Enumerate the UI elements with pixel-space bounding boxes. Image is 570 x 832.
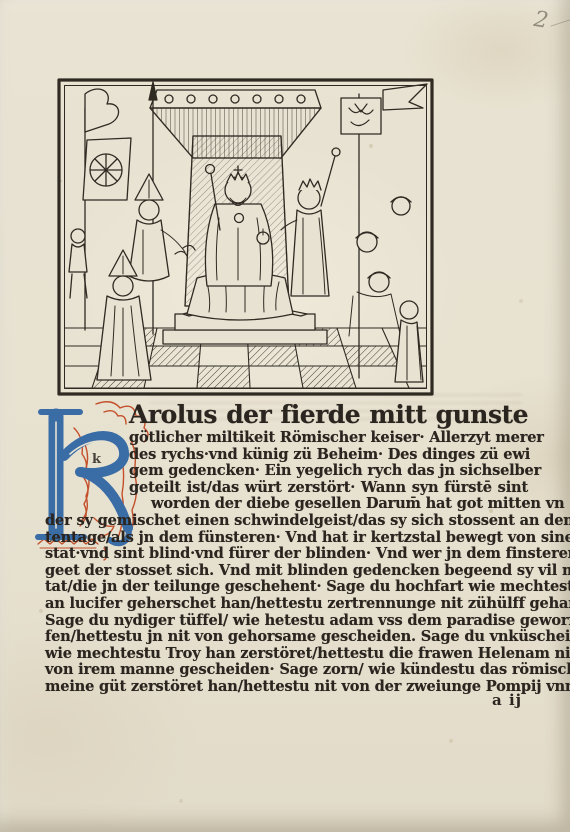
text-line: tat/die jn der teilunge geschehent· Sage… [45, 579, 528, 596]
text-line: wie mechtestu Troy han zerstöret/hettest… [45, 646, 528, 663]
text-line: worden der diebe gesellen Darum̄ hat got… [45, 496, 528, 513]
pencil-folio-number: 2 [532, 7, 550, 34]
text-line: der sy gemischet einen schwindelgeist/da… [45, 513, 528, 530]
pennant-flag [383, 84, 427, 110]
text-line: tentage/als jn dem fünsteren· Vnd hat ir… [45, 530, 528, 547]
bishop-with-mitre [129, 174, 195, 281]
text-line: an lucifer geherschet han/hettestu zertr… [45, 596, 528, 613]
text-line: von irem manne gescheiden· Sage zorn/ wi… [45, 662, 528, 679]
text-line: geet der stosset sich. Vnd mit blinden g… [45, 563, 528, 580]
text-line: Sage du nydiger tüffel/ wie hetestu adam… [45, 613, 528, 630]
woodcut-illustration [57, 78, 434, 396]
signature-mark: a ij [492, 691, 522, 709]
pencil-stroke [550, 18, 570, 26]
text-line: fen/hettestu jn nit von gehorsame gesche… [45, 629, 528, 646]
text-line: des rychs·vnd künig zü Beheim· Des dinge… [45, 447, 528, 464]
text-line: meine güt zerstöret han/hettestu nit von… [45, 679, 528, 696]
text-block: Arolus der fierde mitt gunste götlicher … [45, 400, 528, 696]
text-line: gem gedencken· Ein yegelich rych das jn … [45, 463, 528, 480]
text-line: götlicher miltikeit Römischer keiser· Al… [45, 430, 528, 447]
text-line: stat·vnd sint blind·vnd fürer der blinde… [45, 546, 528, 563]
incunabulum-page: k Arolus der fierde mitt gunste götliche… [0, 0, 570, 832]
king-figure [281, 148, 340, 296]
heading-line: Arolus der fierde mitt gunste [45, 400, 528, 430]
text-line: geteilt ist/das würt zerstört· Wann syn … [45, 480, 528, 497]
page-figure [69, 229, 87, 298]
